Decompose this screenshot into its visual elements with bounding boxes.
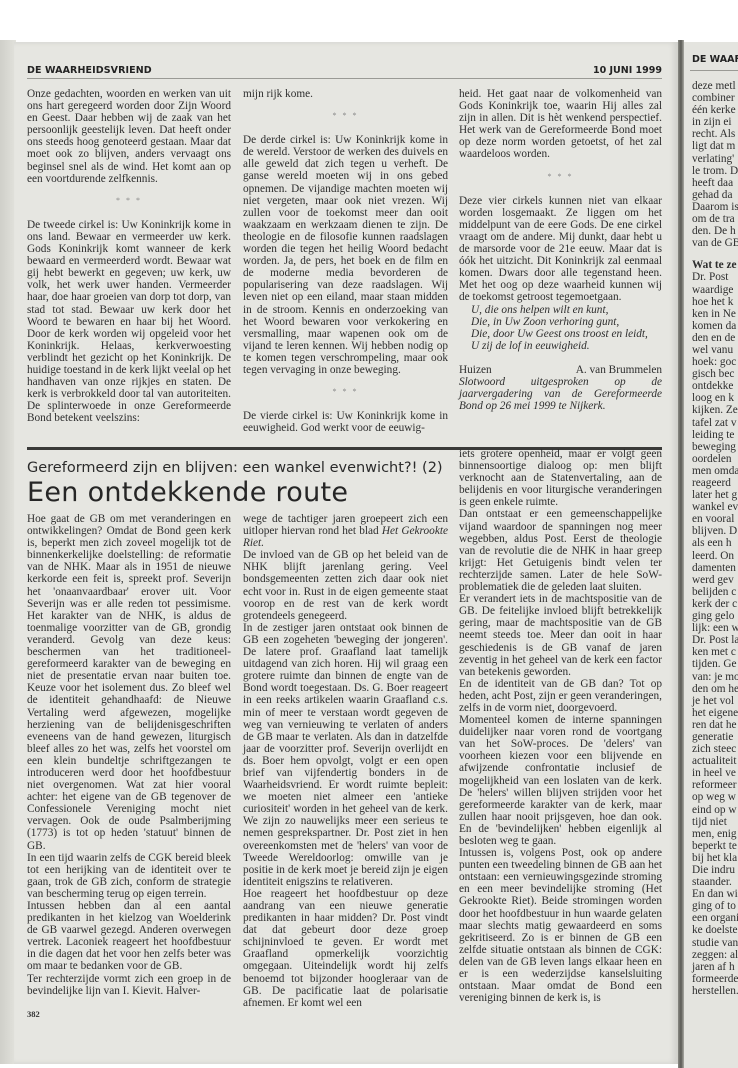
- text-line: belijden c: [692, 586, 738, 598]
- paragraph: heid. Het gaat naar de volkomenheid van …: [459, 88, 662, 161]
- text-line: ken in Ne: [692, 308, 738, 320]
- text-line: loog en k: [692, 392, 738, 404]
- text-line: blijven. D: [692, 525, 738, 537]
- text-line: men omda: [692, 465, 738, 477]
- text-line: Dr. Post la: [692, 634, 738, 646]
- text-line: hoe het k: [692, 296, 738, 308]
- paragraph: Er verandert iets in de machtspositie va…: [459, 593, 662, 678]
- text-line: bij het kla: [692, 852, 738, 864]
- text-line: studie van: [692, 937, 738, 949]
- text-line: Die indru: [692, 864, 738, 876]
- text-line: damenten: [692, 562, 738, 574]
- text-line: deze metl: [692, 80, 738, 92]
- text-line: wankel ev: [692, 501, 738, 513]
- text-line: in heel ve: [692, 767, 738, 779]
- verse-line: Die, in Uw Zoon verhoring gunt,: [471, 316, 662, 328]
- text-line: ging of to: [692, 900, 738, 912]
- article-kicker: Gereformeerd zijn en blijven: een wankel…: [27, 460, 443, 476]
- verse-line: Die, door Uw Geest ons troost en leidt,: [471, 328, 662, 340]
- section-divider: * * *: [459, 171, 662, 183]
- text-line: gisch bec: [692, 368, 738, 380]
- text-line: actualiteit: [692, 755, 738, 767]
- text-line: le trom. D: [692, 165, 738, 177]
- text-line: recht. Als: [692, 128, 738, 140]
- text-line: eind op w: [692, 804, 738, 816]
- bottom-article-column-1: Hoe gaat de GB om met veranderingen en o…: [27, 513, 231, 997]
- paragraph: Intussen hebben dan al een aantal predik…: [27, 900, 231, 973]
- paragraph: mijn rijk kome.: [243, 88, 448, 100]
- text-line: een organi: [692, 912, 738, 924]
- text-line: verlating': [692, 153, 738, 165]
- text-line: zich steec: [692, 743, 738, 755]
- text-line: en vooral: [692, 513, 738, 525]
- section-divider: * * *: [243, 386, 448, 398]
- issue-date: 10 JUNI 1999: [593, 65, 662, 76]
- text-line: op weg w: [692, 791, 738, 803]
- top-article-column-1: Onze gedachten, woorden en werken van ui…: [27, 88, 231, 424]
- text-line: kerk der c: [692, 598, 738, 610]
- text-line: beperkt te: [692, 840, 738, 852]
- paragraph: In een tijd waarin zelfs de CGK bereid b…: [27, 852, 231, 900]
- paragraph: De invloed van de GB op het beleid van d…: [243, 549, 448, 622]
- text-line: staander.: [692, 876, 738, 888]
- text-line: kijken. Ze: [692, 404, 738, 416]
- text-line: generatie: [692, 731, 738, 743]
- text-line: den. De h: [692, 225, 738, 237]
- page-header: DE WAARHEIDSVRIEND 10 JUNI 1999: [27, 62, 662, 79]
- page-number: 382: [27, 1009, 40, 1019]
- text-line: jaren af h: [692, 961, 738, 973]
- text-line: ligt dat m: [692, 140, 738, 152]
- top-article-column-3: heid. Het gaat naar de volkomenheid van …: [459, 88, 662, 412]
- paragraph: Intussen is, volgens Post, ook op andere…: [459, 847, 662, 1004]
- paragraph: De vierde cirkel is: Uw Koninkrijk kome …: [243, 410, 448, 434]
- paragraph: Onze gedachten, woorden en werken van ui…: [27, 88, 231, 185]
- text-line: men, enig: [692, 828, 738, 840]
- text-line: waardige: [692, 284, 738, 296]
- text-line: En dan wi: [692, 888, 738, 900]
- text-line: Dr. Post: [692, 271, 738, 283]
- text-line: reformeer: [692, 779, 738, 791]
- text-line: wel vanu: [692, 344, 738, 356]
- text-line: zeggen: al: [692, 949, 738, 961]
- text-line: om de tra: [692, 213, 738, 225]
- text-line: van: je mo: [692, 671, 738, 683]
- text-line: van de GB: [692, 237, 738, 249]
- paragraph: Ter rechterzijde vormt zich een groep in…: [27, 973, 231, 997]
- paragraph: iets grotere openheid, maar er volgt gee…: [459, 448, 662, 508]
- text-line: het eigene: [692, 707, 738, 719]
- text-line: heeft daa: [692, 177, 738, 189]
- paragraph: In de zestiger jaren ontstaat ook binnen…: [243, 622, 448, 888]
- text-line: hoek: goc: [692, 356, 738, 368]
- header-rule: [690, 70, 738, 71]
- text-line: als een h: [692, 537, 738, 549]
- text-line: reageerd: [692, 477, 738, 489]
- author: A. van Brummelen: [576, 364, 662, 376]
- text-line: werd gev: [692, 574, 738, 586]
- text-line: leerd. On: [692, 550, 738, 562]
- text-line: combiner: [692, 92, 738, 104]
- text-line: ke doelste: [692, 924, 738, 936]
- text-line: je het vol: [692, 695, 738, 707]
- paragraph: Momenteel komen de interne spanningen du…: [459, 714, 662, 847]
- masthead-partial: DE WAAF: [692, 54, 738, 65]
- text-line: tafel zat v: [692, 417, 738, 429]
- text-line: leiding te: [692, 429, 738, 441]
- paragraph: De tweede cirkel is: Uw Koninkrijk kome …: [27, 219, 231, 425]
- masthead: DE WAARHEIDSVRIEND: [27, 65, 152, 76]
- bottom-article-column-2: wege de tachtiger jaren groepeert zich e…: [243, 513, 448, 1009]
- signature: Huizen A. van Brummelen: [459, 364, 662, 376]
- article-headline: Een ontdekkende route: [27, 477, 348, 508]
- verse-line: U zij de lof in eeuwigheid.: [471, 340, 662, 352]
- text-line: den en de: [692, 332, 738, 344]
- paragraph: wege de tachtiger jaren groepeert zich e…: [243, 513, 448, 549]
- text-line: den om he: [692, 683, 738, 695]
- text-line: beweging: [692, 441, 738, 453]
- text-line: herstellen.: [692, 985, 738, 997]
- section-divider: * * *: [27, 195, 231, 207]
- text-line: ken met c: [692, 646, 738, 658]
- text-line: formeerde: [692, 973, 738, 985]
- paragraph: Hoe reageert het hoofdbestuur op deze aa…: [243, 888, 448, 1009]
- paragraph: Dan ontstaat er een gemeenschappelijke v…: [459, 508, 662, 593]
- paragraph: En de identiteit van de GB dan? Tot op h…: [459, 678, 662, 714]
- magazine-page-right-partial: DE WAAF deze metlcombineréén kerkein zij…: [684, 42, 738, 1068]
- paragraph: Hoe gaat de GB om met veranderingen en o…: [27, 513, 231, 852]
- text-line: lijk: een w: [692, 622, 738, 634]
- top-article-column-2: mijn rijk kome. * * * De derde cirkel is…: [243, 88, 448, 434]
- text-line: later het g: [692, 489, 738, 501]
- hymn-verse: U, die ons helpen wilt en kunt, Die, in …: [459, 304, 662, 352]
- text-line: tijd niet: [692, 816, 738, 828]
- text-line: ontdekke: [692, 380, 738, 392]
- text-line: komen da: [692, 320, 738, 332]
- text-line: tijden. Ge: [692, 658, 738, 670]
- text-line: ging gelo: [692, 610, 738, 622]
- text-line: in zijn ei: [692, 116, 738, 128]
- text-line: ren dat he: [692, 719, 738, 731]
- verse-line: U, die ons helpen wilt en kunt,: [471, 304, 662, 316]
- text-line: gehad da: [692, 189, 738, 201]
- place: Huizen: [459, 364, 492, 376]
- bottom-article-column-3: iets grotere openheid, maar er volgt gee…: [459, 448, 662, 1004]
- text-line: één kerke: [692, 104, 738, 116]
- subheading: Wat te ze: [692, 259, 738, 271]
- text-line: Daarom is: [692, 201, 738, 213]
- text-line: oordelen: [692, 453, 738, 465]
- partial-column: deze metlcombineréén kerkein zijn eirech…: [692, 80, 738, 997]
- paragraph: De derde cirkel is: Uw Koninkrijk kome i…: [243, 134, 448, 376]
- section-divider: * * *: [243, 110, 448, 122]
- footnote: Slotwoord uitgesproken op de jaarvergade…: [459, 376, 662, 412]
- paragraph: Deze vier cirkels kunnen niet van elkaar…: [459, 195, 662, 304]
